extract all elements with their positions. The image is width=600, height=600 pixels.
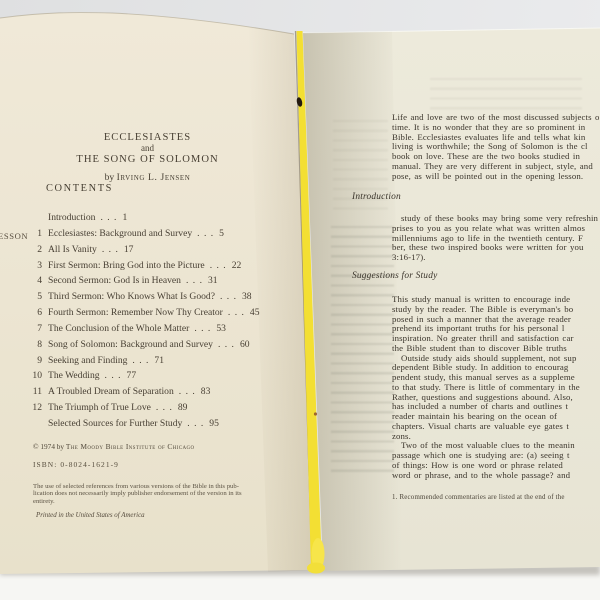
toc-row: Selected Sources for Further Study. . .9… bbox=[27, 418, 259, 434]
toc-row: 11A Troubled Dream of Separation. . .83 bbox=[27, 386, 259, 402]
toc-dot-leader: . . . bbox=[194, 323, 211, 334]
suggestions-paragraph-3: Two of the most valuable clues to the me… bbox=[392, 441, 580, 480]
toc-dot-leader: . . . bbox=[186, 275, 203, 286]
title-line-and: and bbox=[45, 143, 250, 154]
toc-dot-leader: . . . bbox=[132, 355, 149, 366]
toc-page-number: 45 bbox=[250, 307, 260, 318]
toc-lesson-number: 12 bbox=[27, 402, 42, 413]
toc-page-number: 17 bbox=[124, 244, 134, 255]
body-text-line: pose, as will be pointed out in the open… bbox=[392, 172, 600, 182]
toc-row: 5Third Sermon: Who Knows What Is Good?. … bbox=[27, 291, 259, 307]
toc-row: 12The Triumph of True Love. . .89 bbox=[27, 402, 259, 418]
toc-row: 1Ecclesiastes: Background and Survey. . … bbox=[27, 228, 259, 244]
toc-lesson-title: The Wedding bbox=[48, 370, 100, 381]
toc-row: 2All Is Vanity. . .17 bbox=[27, 244, 259, 260]
version-disclaimer: The use of selected references from vari… bbox=[33, 483, 242, 505]
toc-lesson-title: Introduction bbox=[48, 212, 95, 223]
body-text-line: 3:16-17). bbox=[392, 253, 598, 263]
toc-lesson-number: 3 bbox=[27, 260, 42, 271]
toc-lesson-number: 9 bbox=[27, 355, 42, 366]
copyright-prefix: © 1974 by bbox=[33, 442, 66, 451]
toc-page-number: 77 bbox=[127, 370, 137, 381]
toc-dot-leader: . . . bbox=[179, 386, 196, 397]
toc-lesson-title: Second Sermon: God Is in Heaven bbox=[48, 275, 181, 286]
suggestions-section: This study manual is written to encourag… bbox=[392, 295, 580, 480]
toc-lesson-title: Fourth Sermon: Remember Now Thy Creator bbox=[48, 307, 223, 318]
rust-speck bbox=[314, 412, 317, 415]
toc-page-number: 89 bbox=[178, 402, 188, 413]
title-line-song-of-solomon: THE SONG OF SOLOMON bbox=[45, 154, 250, 165]
toc-dot-leader: . . . bbox=[220, 291, 237, 302]
toc-row: 6Fourth Sermon: Remember Now Thy Creator… bbox=[27, 307, 259, 323]
disclaimer-line: The use of selected references from vari… bbox=[33, 483, 242, 490]
toc-row: 4Second Sermon: God Is in Heaven. . .31 bbox=[27, 275, 259, 291]
toc-row: 10The Wedding. . .77 bbox=[27, 370, 259, 386]
toc-page-number: 1 bbox=[122, 212, 127, 223]
toc-row: 9Seeking and Finding. . .71 bbox=[27, 355, 259, 371]
spine-yellow-blob-bottom bbox=[307, 563, 325, 574]
suggestions-paragraph-2: Outside study aids should supplement, no… bbox=[392, 354, 580, 442]
introduction-heading: Introduction bbox=[352, 192, 401, 202]
toc-lesson-number: 11 bbox=[27, 386, 42, 397]
toc-page-number: 53 bbox=[216, 323, 226, 334]
photo-of-open-book: ESSON ECCLESIASTES and THE SONG OF SOLOM… bbox=[0, 0, 600, 600]
toc-dot-leader: . . . bbox=[156, 402, 173, 413]
toc-lesson-title: A Troubled Dream of Separation bbox=[48, 386, 174, 397]
toc-lesson-number: 10 bbox=[27, 370, 42, 381]
body-text-line: chapters. Visual charts are valuable eye… bbox=[392, 422, 580, 432]
toc-row: 7The Conclusion of the Whole Matter. . .… bbox=[27, 323, 259, 339]
toc-lesson-title: Third Sermon: Who Knows What Is Good? bbox=[48, 291, 215, 302]
toc-lesson-title: Selected Sources for Further Study bbox=[48, 418, 182, 429]
toc-page-number: 83 bbox=[201, 386, 211, 397]
printed-in-line: Printed in the United States of America bbox=[36, 512, 145, 519]
disclaimer-line: lication does not necessarily imply publ… bbox=[33, 490, 242, 497]
footnote: 1. Recommended commentaries are listed a… bbox=[392, 494, 565, 501]
toc-lesson-title: The Triumph of True Love bbox=[48, 402, 151, 413]
toc-lesson-title: First Sermon: Bring God into the Picture bbox=[48, 260, 205, 271]
isbn-line: ISBN: 0-8024-1621-9 bbox=[33, 460, 119, 469]
page-edge-tab-lesson: ESSON bbox=[0, 231, 28, 241]
toc-dot-leader: . . . bbox=[210, 260, 227, 271]
toc-dot-leader: . . . bbox=[228, 307, 245, 318]
disclaimer-line: entirety. bbox=[33, 498, 242, 505]
toc-lesson-number: 1 bbox=[27, 228, 42, 239]
opening-paragraph: Life and love are two of the most discus… bbox=[392, 113, 600, 181]
toc-lesson-number: 4 bbox=[27, 275, 42, 286]
toc-page-number: 5 bbox=[219, 228, 224, 239]
table-of-contents: Introduction. . .11Ecclesiastes: Backgro… bbox=[27, 212, 259, 434]
byline-prefix: by bbox=[105, 172, 117, 183]
toc-lesson-number: 7 bbox=[27, 323, 42, 334]
toc-lesson-number: 6 bbox=[27, 307, 42, 318]
toc-page-number: 22 bbox=[232, 260, 242, 271]
toc-page-number: 60 bbox=[240, 339, 250, 350]
publisher-name: The Moody Bible Institute of Chicago bbox=[66, 442, 195, 451]
toc-lesson-title: Ecclesiastes: Background and Survey bbox=[48, 228, 192, 239]
toc-row: 8Song of Solomon: Background and Survey.… bbox=[27, 339, 259, 355]
toc-row: Introduction. . .1 bbox=[27, 212, 259, 228]
toc-dot-leader: . . . bbox=[218, 339, 235, 350]
toc-row: 3First Sermon: Bring God into the Pictur… bbox=[27, 260, 259, 276]
toc-lesson-title: The Conclusion of the Whole Matter bbox=[48, 323, 189, 334]
author-name: Irving L. Jensen bbox=[117, 172, 191, 183]
toc-dot-leader: . . . bbox=[187, 418, 204, 429]
toc-dot-leader: . . . bbox=[102, 244, 119, 255]
toc-page-number: 31 bbox=[208, 275, 218, 286]
contents-heading: CONTENTS bbox=[46, 183, 113, 194]
toc-lesson-title: All Is Vanity bbox=[48, 244, 97, 255]
toc-dot-leader: . . . bbox=[197, 228, 214, 239]
body-text-line: word or phrase, and to the whole passage… bbox=[392, 471, 580, 481]
toc-page-number: 71 bbox=[154, 355, 164, 366]
copyright-line: © 1974 by The Moody Bible Institute of C… bbox=[33, 442, 195, 451]
introduction-paragraph: study of these books may bring some very… bbox=[392, 214, 598, 263]
author-byline: by Irving L. Jensen bbox=[45, 172, 250, 183]
toc-lesson-title: Song of Solomon: Background and Survey bbox=[48, 339, 213, 350]
book-title: ECCLESIASTES and THE SONG OF SOLOMON bbox=[45, 132, 250, 165]
toc-lesson-number: 8 bbox=[27, 339, 42, 350]
toc-lesson-title: Seeking and Finding bbox=[48, 355, 127, 366]
toc-dot-leader: . . . bbox=[105, 370, 122, 381]
title-line-ecclesiastes: ECCLESIASTES bbox=[45, 132, 250, 143]
toc-lesson-number: 2 bbox=[27, 244, 42, 255]
toc-page-number: 38 bbox=[242, 291, 252, 302]
toc-dot-leader: . . . bbox=[100, 212, 117, 223]
suggestions-heading: Suggestions for Study bbox=[352, 271, 437, 281]
toc-page-number: 95 bbox=[209, 418, 219, 429]
toc-lesson-number: 5 bbox=[27, 291, 42, 302]
suggestions-paragraph-1: This study manual is written to encourag… bbox=[392, 295, 580, 354]
